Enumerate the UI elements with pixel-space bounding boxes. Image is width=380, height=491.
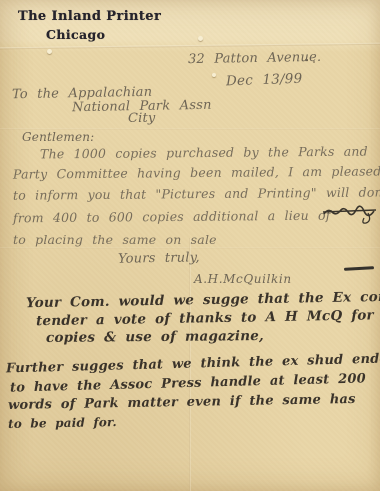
pinhole	[198, 36, 203, 41]
body-line-4: from 400 to 600 copies additional a lieu…	[13, 208, 331, 226]
sender-address: 32 Patton Avenue.	[188, 50, 321, 67]
valediction: Yours truly,	[118, 250, 200, 266]
body-line-1: The 1000 copies purchased by the Parks a…	[40, 144, 368, 162]
letterhead-company-name: The Inland Printer	[18, 9, 161, 24]
pencil-note1-line-3: copies & use of magazine,	[46, 328, 264, 346]
pen-dash-mark	[344, 266, 374, 271]
signature: A.H.McQuilkin	[194, 272, 292, 286]
fold-crease-middle	[0, 247, 380, 249]
body-line-2: Party Committee having been mailed, I am…	[13, 163, 380, 181]
fold-crease-top	[0, 43, 380, 50]
pencil-note2-line-3: words of Park matter even if the same ha…	[8, 392, 356, 413]
pinhole	[212, 73, 216, 77]
recipient-line-3: City	[128, 111, 155, 126]
letterhead-city: Chicago	[46, 27, 105, 42]
letter-date: Dec 13/99	[226, 71, 303, 90]
pencil-note2-line-4: to be paid for.	[8, 415, 117, 431]
struck-out-word-scribble	[322, 202, 378, 224]
pinhole	[47, 49, 52, 54]
body-line-3: to inform you that "Pictures and Printin…	[13, 184, 380, 202]
scanned-letter-page: The Inland Printer Chicago 32 Patton Ave…	[0, 0, 380, 491]
body-line-5: to placing the same on sale	[13, 232, 217, 247]
salutation: Gentlemen:	[22, 130, 94, 144]
